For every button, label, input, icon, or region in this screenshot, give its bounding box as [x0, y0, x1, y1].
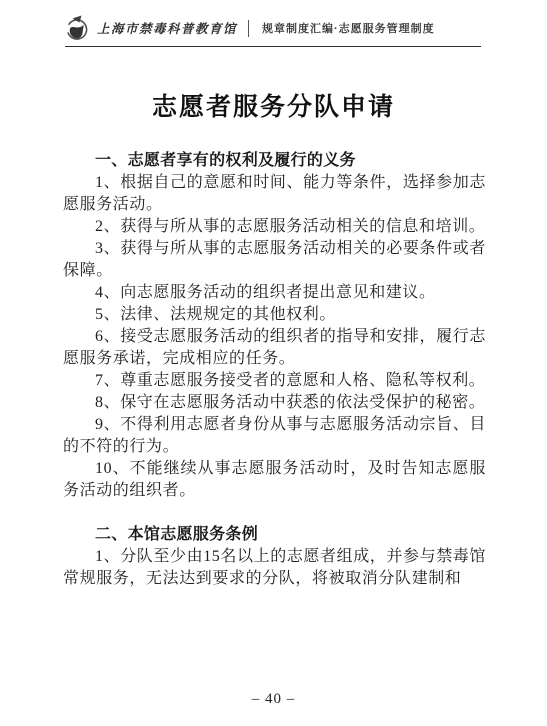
org-name: 上海市禁毒科普教育馆 — [97, 19, 237, 37]
section-heading: 一、志愿者享有的权利及履行的义务 — [63, 150, 486, 172]
list-item: 3、获得与所从事的志愿服务活动相关的必要条件或者保障。 — [63, 238, 486, 282]
page-footer: – 40 – — [0, 690, 547, 708]
list-item: 8、保守在志愿服务活动中获悉的依法受保护的秘密。 — [63, 392, 486, 414]
page-number: – 40 – — [252, 691, 296, 707]
section-museum-regulations: 二、本馆志愿服务条例 1、分队至少由15名以上的志愿者组成，并参与禁毒馆常规服务… — [63, 524, 486, 590]
list-item: 4、向志愿服务活动的组织者提出意见和建议。 — [63, 282, 486, 304]
section-volunteer-rights: 一、志愿者享有的权利及履行的义务 1、根据自己的意愿和时间、能力等条件，选择参加… — [63, 150, 486, 502]
list-item: 6、接受志愿服务活动的组织者的指导和安排，履行志愿服务承诺，完成相应的任务。 — [63, 326, 486, 370]
page-title: 志愿者服务分队申请 — [0, 92, 547, 124]
list-item: 7、尊重志愿服务接受者的意愿和人格、隐私等权利。 — [63, 370, 486, 392]
museum-logo-icon — [65, 15, 89, 41]
list-item: 9、不得利用志愿者身份从事与志愿服务活动宗旨、目的不符的行为。 — [63, 414, 486, 458]
list-item: 5、法律、法规规定的其他权利。 — [63, 304, 486, 326]
list-item: 1、分队至少由15名以上的志愿者组成，并参与禁毒馆常规服务，无法达到要求的分队，… — [63, 546, 486, 590]
header-subtitle: 规章制度汇编·志愿服务管理制度 — [262, 20, 435, 36]
section-heading: 二、本馆志愿服务条例 — [63, 524, 486, 546]
list-item: 10、不能继续从事志愿服务活动时，及时告知志愿服务活动的组织者。 — [63, 458, 486, 502]
header-divider — [248, 20, 249, 37]
page-header: 上海市禁毒科普教育馆 规章制度汇编·志愿服务管理制度 — [65, 15, 481, 47]
list-item: 2、获得与所从事的志愿服务活动相关的信息和培训。 — [63, 216, 486, 238]
list-item: 1、根据自己的意愿和时间、能力等条件，选择参加志愿服务活动。 — [63, 172, 486, 216]
document-body: 一、志愿者享有的权利及履行的义务 1、根据自己的意愿和时间、能力等条件，选择参加… — [63, 150, 486, 590]
document-page: 上海市禁毒科普教育馆 规章制度汇编·志愿服务管理制度 志愿者服务分队申请 一、志… — [0, 0, 547, 726]
